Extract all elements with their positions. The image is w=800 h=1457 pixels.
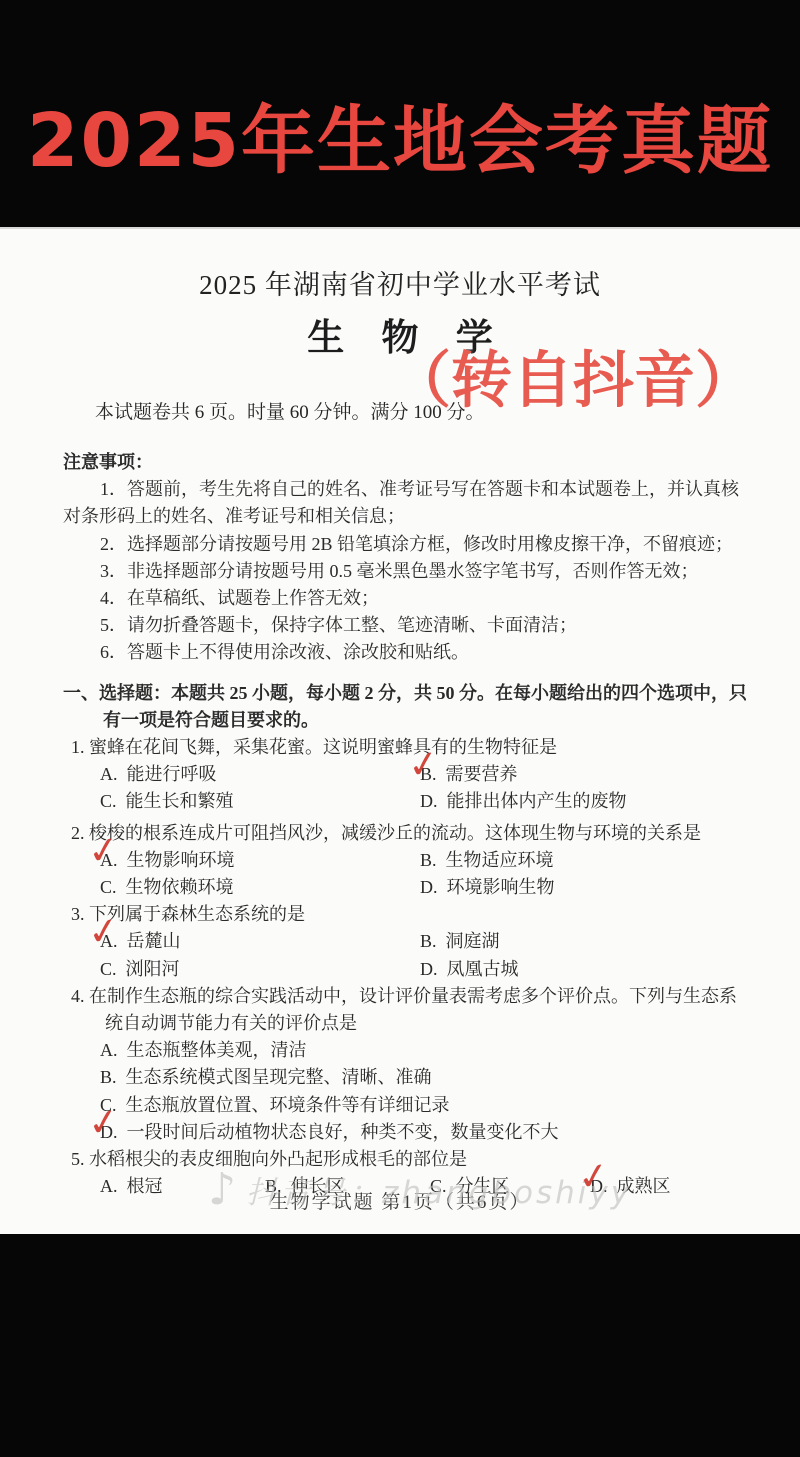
- question-4-stem-line2: 统自动调节能力有关的评价点是: [63, 1010, 753, 1037]
- option-label: D.: [420, 874, 438, 901]
- section-header-line1: 一、选择题：本题共 25 小题，每小题 2 分，共 50 分。在每小题给出的四个…: [63, 680, 753, 707]
- option-b: B.洞庭湖: [420, 928, 500, 955]
- option-label: A.: [100, 761, 118, 788]
- question-number: 3.: [71, 904, 85, 924]
- question-text: 梭梭的根系连成片可阻挡风沙，减缓沙丘的流动。这体现生物与环境的关系是: [89, 823, 701, 843]
- question-4-option-d: D.✓一段时间后动植物状态良好，种类不变，数量变化不大: [63, 1119, 753, 1146]
- option-text: 能进行呼吸: [127, 764, 217, 784]
- option-text: 生态瓶整体美观，清洁: [127, 1040, 307, 1060]
- option-b: B.生物适应环境: [420, 847, 554, 874]
- question-text: 在制作生态瓶的综合实践活动中，设计评价量表需考虑多个评价点。下列与生态系: [89, 986, 737, 1006]
- question-number: 5.: [71, 1149, 85, 1169]
- question-2-options-row2: C.生物依赖环境 D.环境影响生物: [63, 874, 753, 901]
- paper-body: 注意事项： 1．答题前，考生先将自己的姓名、准考证号写在答题卡和本试题卷上，并认…: [63, 449, 753, 1200]
- option-label: D.: [420, 956, 438, 983]
- notice-line: 1．答题前，考生先将自己的姓名、准考证号写在答题卡和本试题卷上，并认真核: [63, 476, 753, 503]
- screenshot-root: 2025年生地会考真题 2025 年湖南省初中学业水平考试 生 物 学 （转自抖…: [0, 0, 800, 1457]
- question-3-options-row1: A.✓岳麓山 B.洞庭湖: [63, 928, 753, 955]
- notice-line: 5．请勿折叠答题卡，保持字体工整、笔迹清晰、卡面清洁；: [63, 612, 753, 639]
- option-c: C.浏阳河: [100, 956, 180, 983]
- section-header-line2: 有一项是符合题目要求的。: [63, 707, 753, 734]
- option-text: 生物依赖环境: [126, 877, 234, 897]
- option-text: 生物影响环境: [127, 850, 235, 870]
- option-text: 生态系统模式图呈现完整、清晰、准确: [126, 1067, 432, 1087]
- question-number: 1.: [71, 737, 85, 757]
- question-3-stem: 3. 下列属于森林生态系统的是: [63, 901, 753, 928]
- option-label: A.: [100, 1037, 118, 1064]
- option-c: C.能生长和繁殖: [100, 788, 234, 815]
- douyin-watermark: ♪ 抖音号：zhangboshiyy: [208, 1167, 632, 1212]
- option-text: 生态瓶放置位置、环境条件等有详细记录: [126, 1095, 450, 1115]
- banner-title: 2025年生地会考真题: [0, 104, 800, 178]
- option-text: 能排出体内产生的废物: [447, 791, 627, 811]
- notice-line: 2．选择题部分请按题号用 2B 铅笔填涂方框，修改时用橡皮擦干净，不留痕迹；: [63, 531, 753, 558]
- notice-heading: 注意事项：: [63, 449, 753, 476]
- notice-line: 4．在草稿纸、试题卷上作答无效；: [63, 585, 753, 612]
- question-number: 4.: [71, 986, 85, 1006]
- option-a: A.✓岳麓山: [100, 928, 181, 955]
- question-number: 2.: [71, 823, 85, 843]
- option-label: A.✓: [100, 928, 118, 955]
- question-4-stem-line1: 4. 在制作生态瓶的综合实践活动中，设计评价量表需考虑多个评价点。下列与生态系: [63, 983, 753, 1010]
- option-text: 凤凰古城: [447, 959, 519, 979]
- exam-title: 2025 年湖南省初中学业水平考试: [0, 263, 800, 302]
- option-c: C.生物依赖环境: [100, 874, 234, 901]
- option-label: C.: [100, 1092, 117, 1119]
- option-label: C.: [100, 788, 117, 815]
- notice-line: 3．非选择题部分请按题号用 0.5 毫米黑色墨水签字笔书写，否则作答无效；: [63, 558, 753, 585]
- option-label: B.: [100, 1064, 117, 1091]
- option-label: C.: [100, 956, 117, 983]
- question-text: 蜜蜂在花间飞舞，采集花蜜。这说明蜜蜂具有的生物特征是: [89, 737, 557, 757]
- option-a: A.能进行呼吸: [100, 761, 217, 788]
- douyin-note-icon: ♪: [208, 1168, 236, 1212]
- bottom-black-bar: [0, 1234, 800, 1457]
- douyin-repost-overlay: （转自抖音）: [390, 345, 756, 417]
- option-text: 环境影响生物: [447, 877, 555, 897]
- option-label: B.: [420, 928, 437, 955]
- question-1-stem: 1. 蜜蜂在花间飞舞，采集花蜜。这说明蜜蜂具有的生物特征是: [63, 734, 753, 761]
- option-label: A.✓: [100, 847, 118, 874]
- question-4-option-c: C.生态瓶放置位置、环境条件等有详细记录: [63, 1092, 753, 1119]
- option-d: D.环境影响生物: [420, 874, 555, 901]
- option-d: D.凤凰古城: [420, 956, 519, 983]
- notice-line: 对条形码上的姓名、准考证号和相关信息；: [63, 503, 753, 530]
- question-text: 水稻根尖的表皮细胞向外凸起形成根毛的部位是: [89, 1149, 467, 1169]
- douyin-watermark-text: 抖音号：zhangboshiyy: [246, 1167, 632, 1212]
- question-1-options-row2: C.能生长和繁殖 D.能排出体内产生的废物: [63, 788, 753, 815]
- option-text: 一段时间后动植物状态良好，种类不变，数量变化不大: [127, 1122, 559, 1142]
- option-text: 需要营养: [446, 764, 518, 784]
- option-text: 岳麓山: [127, 931, 181, 951]
- notice-line: 6．答题卡上不得使用涂改液、涂改胶和贴纸。: [63, 639, 753, 666]
- option-d: D.能排出体内产生的废物: [420, 788, 627, 815]
- option-a: A.✓生物影响环境: [100, 847, 235, 874]
- question-2-stem: 2. 梭梭的根系连成片可阻挡风沙，减缓沙丘的流动。这体现生物与环境的关系是: [63, 820, 753, 847]
- option-label: D.: [420, 788, 438, 815]
- option-label: C.: [100, 874, 117, 901]
- option-text: 能生长和繁殖: [126, 791, 234, 811]
- option-text: 生物适应环境: [446, 850, 554, 870]
- question-2-options-row1: A.✓生物影响环境 B.生物适应环境: [63, 847, 753, 874]
- question-1-options-row1: A.能进行呼吸 B.✓需要营养: [63, 761, 753, 788]
- question-3-options-row2: C.浏阳河 D.凤凰古城: [63, 956, 753, 983]
- top-black-banner: 2025年生地会考真题: [0, 0, 800, 227]
- question-4-option-a: A.生态瓶整体美观，清洁: [63, 1037, 753, 1064]
- option-label: B.✓: [420, 761, 437, 788]
- option-text: 洞庭湖: [446, 931, 500, 951]
- option-b: B.✓需要营养: [420, 761, 518, 788]
- option-text: 浏阳河: [126, 959, 180, 979]
- option-label: D.✓: [100, 1119, 118, 1146]
- option-label: B.: [420, 847, 437, 874]
- question-4-option-b: B.生态系统模式图呈现完整、清晰、准确: [63, 1064, 753, 1091]
- question-text: 下列属于森林生态系统的是: [89, 904, 305, 924]
- exam-paper: 2025 年湖南省初中学业水平考试 生 物 学 （转自抖音） 本试题卷共 6 页…: [0, 227, 800, 1236]
